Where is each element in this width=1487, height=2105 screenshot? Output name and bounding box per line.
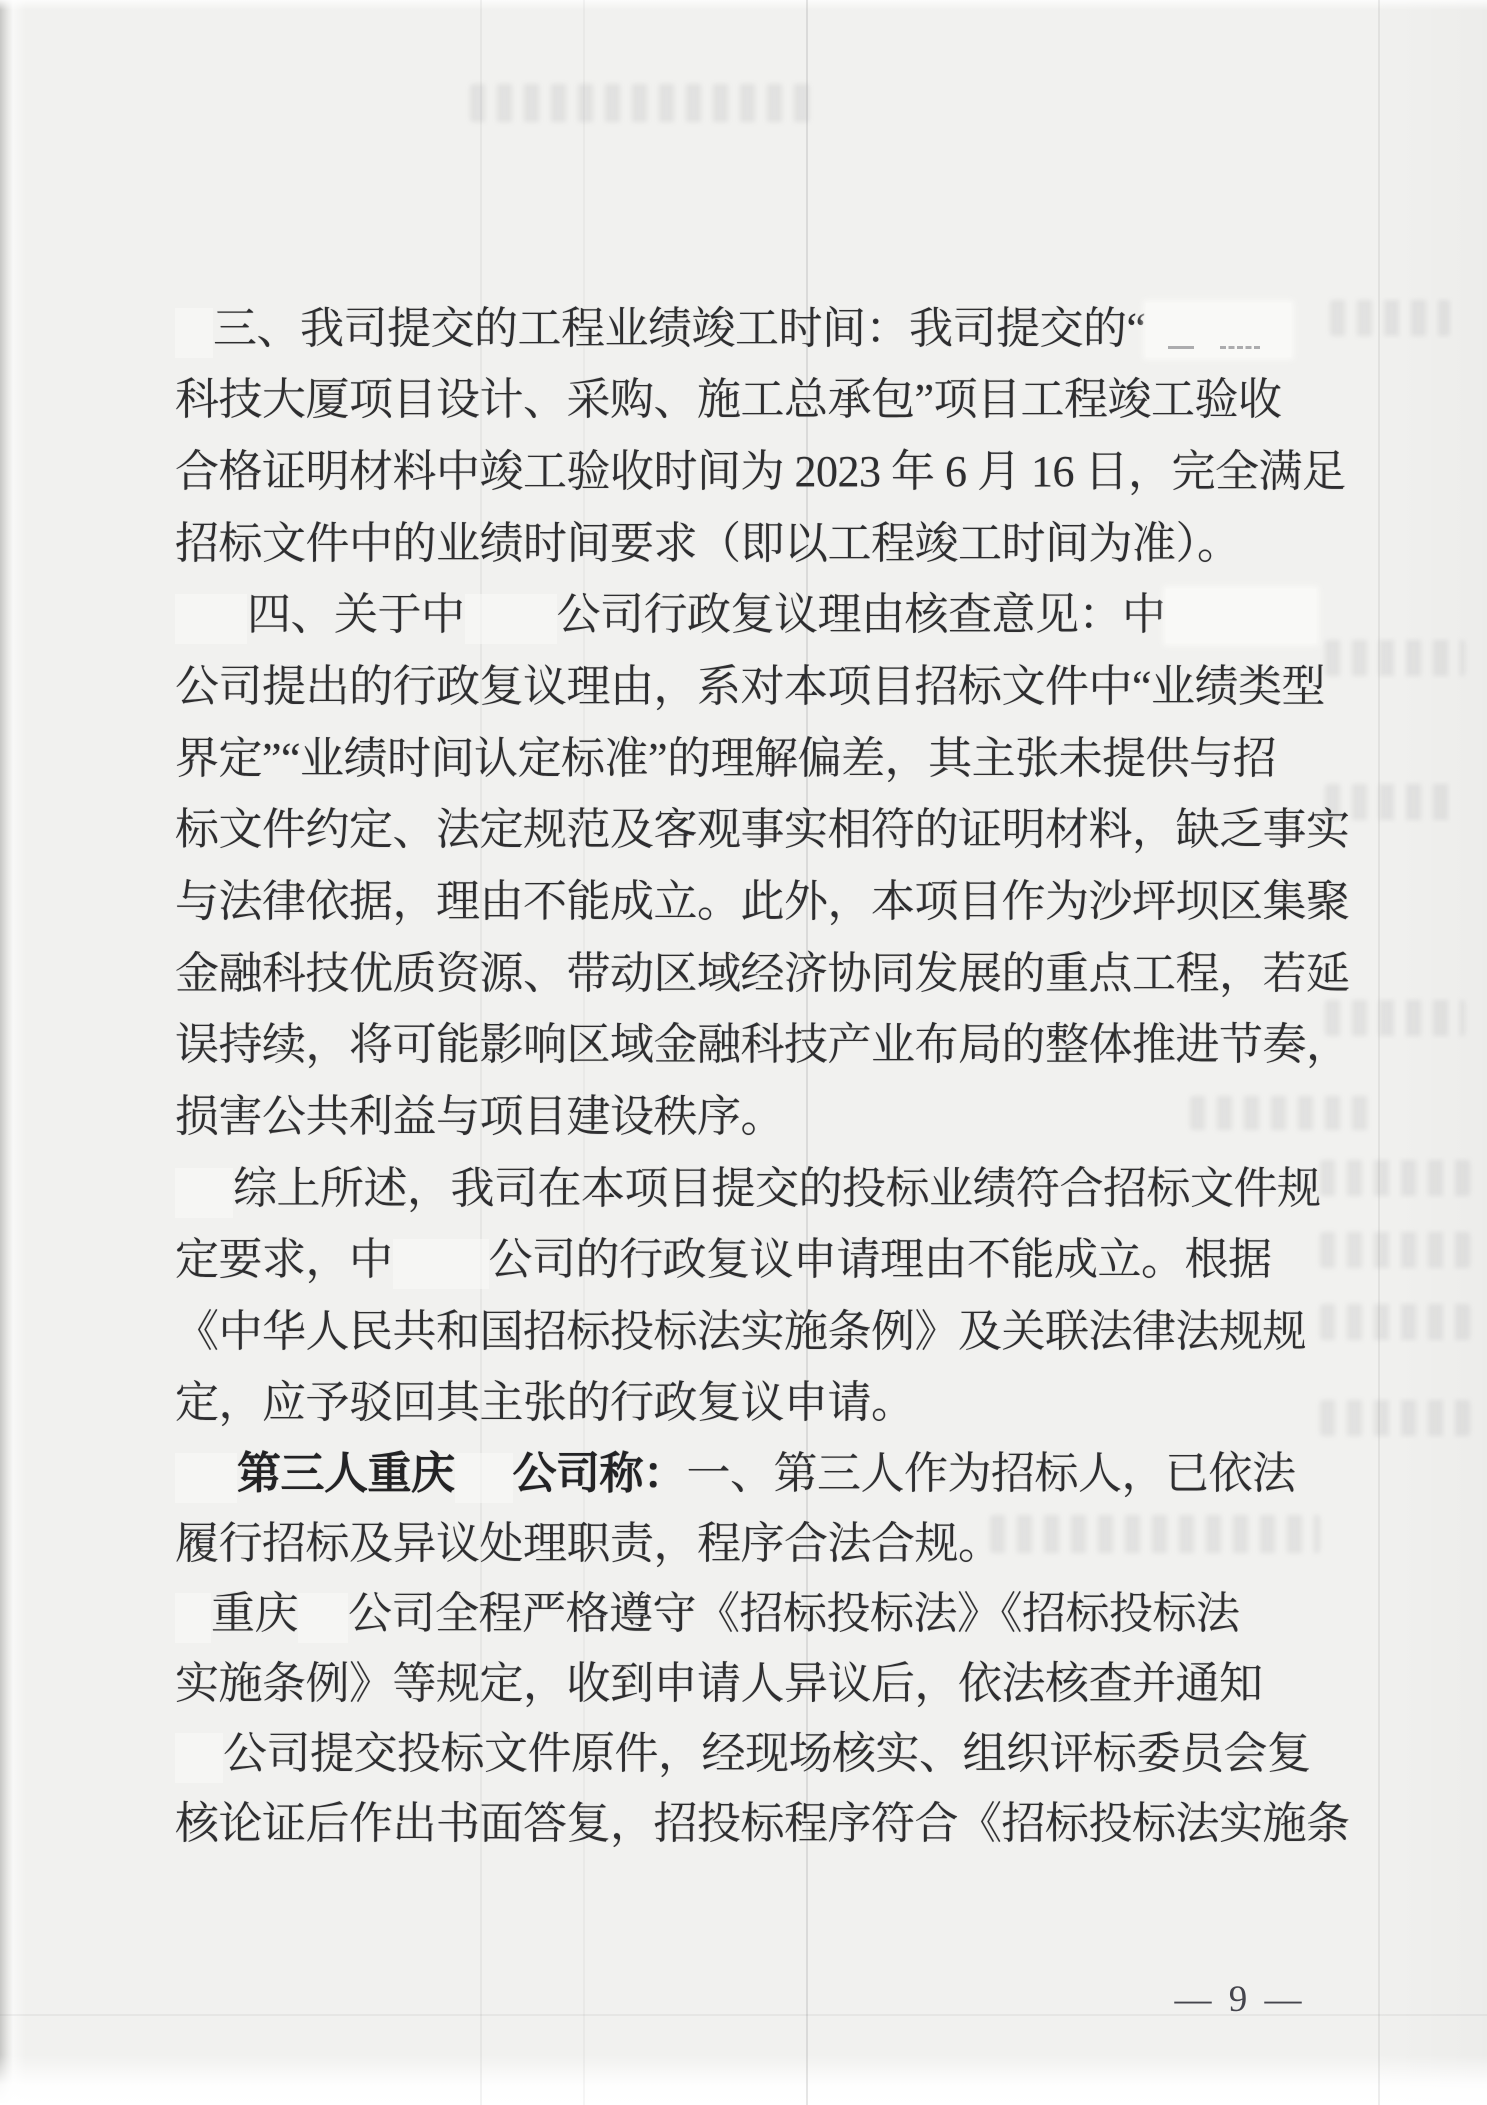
text-segment: 公司全程严格遵守《招标投标法》《招标投标法 — [348, 1589, 1240, 1638]
text-segment: 综上所述，我司在本项目提交的投标业绩符合招标文件规 — [233, 1164, 1321, 1213]
text-segment: 误持续，将可能影响区域金融科技产业布局的整体推进节奏， — [175, 1020, 1350, 1069]
redacted-name-gap — [465, 594, 557, 644]
text-segment: 合格证明材料中竣工验收时间为 2023 年 6 月 16 日，完全满足 — [175, 447, 1346, 496]
text-line-22: 核论证后作出书面答复，招投标程序符合《招标投标法实施条 — [175, 1787, 1350, 1845]
text-segment: 金融科技优质资源、带动区域经济协同发展的重点工程，若延 — [175, 949, 1350, 998]
text-line-7: 界定”“业绩时间认定标准”的理解偏差，其主张未提供与招 — [175, 722, 1276, 780]
text-line-8: 标文件约定、法定规范及客观事实相符的证明材料，缺乏事实 — [175, 793, 1350, 851]
redacted-name-gap — [175, 594, 247, 644]
text-line-10: 金融科技优质资源、带动区域经济协同发展的重点工程，若延 — [175, 937, 1350, 995]
text-segment: 定要求，中 — [175, 1235, 393, 1284]
text-segment: 公司行政复议理由核查意见：中 — [557, 590, 1166, 639]
text-segment: 标文件约定、法定规范及客观事实相符的证明材料，缺乏事实 — [175, 805, 1350, 854]
redacted-name-gap — [298, 1593, 348, 1643]
text-line-16: 定，应予驳回其主张的行政复议申请。 — [175, 1366, 915, 1424]
text-line-17: 第三人重庆公司称：一、第三人作为招标人，已依法 — [175, 1437, 1296, 1495]
redacted-name-gap — [175, 308, 213, 358]
redacted-name-gap — [393, 1239, 489, 1289]
text-segment: 界定”“业绩时间认定标准”的理解偏差，其主张未提供与招 — [175, 734, 1276, 783]
text-segment: 实施条例》等规定，收到申请人异议后，依法核查并通知 — [175, 1659, 1263, 1708]
text-segment: 《中华人民共和国招标投标法实施条例》及关联法律法规规 — [175, 1307, 1306, 1356]
page-number: — 9 — — [1140, 1978, 1340, 2021]
text-line-6: 公司提出的行政复议理由，系对本项目招标文件中“业绩类型 — [175, 650, 1325, 708]
text-segment: 履行招标及异议处理职责，程序合法合规。 — [175, 1519, 1002, 1568]
text-line-4: 招标文件中的业绩时间要求（即以工程竣工时间为准）。 — [175, 507, 1241, 565]
text-segment: 公司提出的行政复议理由，系对本项目招标文件中“业绩类型 — [175, 662, 1325, 711]
redaction-box — [1166, 589, 1316, 643]
text-line-19: 重庆公司全程严格遵守《招标投标法》《招标投标法 — [175, 1577, 1240, 1635]
text-segment: 公司的行政复议申请理由不能成立。根据 — [489, 1235, 1272, 1284]
text-segment: 一、第三人作为招标人，已依法 — [687, 1449, 1296, 1498]
text-segment: 与法律依据，理由不能成立。此外，本项目作为沙坪坝区集聚 — [175, 877, 1350, 926]
text-segment: 损害公共利益与项目建设秩序。 — [175, 1092, 784, 1141]
redaction-box — [1146, 303, 1291, 357]
text-line-11: 误持续，将可能影响区域金融科技产业布局的整体推进节奏， — [175, 1008, 1350, 1066]
text-segment: 三、我司提交的工程业绩竣工时间：我司提交的“ — [213, 304, 1146, 353]
text-segment: 四、关于中 — [247, 590, 465, 639]
text-line-14: 定要求，中公司的行政复议申请理由不能成立。根据 — [175, 1223, 1272, 1281]
text-line-5: 四、关于中公司行政复议理由核查意见：中 — [175, 578, 1316, 636]
text-line-18: 履行招标及异议处理职责，程序合法合规。 — [175, 1507, 1002, 1565]
redacted-name-gap — [175, 1168, 233, 1218]
text-segment: 招标文件中的业绩时间要求（即以工程竣工时间为准）。 — [175, 519, 1241, 568]
text-line-12: 损害公共利益与项目建设秩序。 — [175, 1080, 784, 1138]
text-line-21: 公司提交投标文件原件，经现场核实、组织评标委员会复 — [175, 1717, 1311, 1775]
text-line-9: 与法律依据，理由不能成立。此外，本项目作为沙坪坝区集聚 — [175, 865, 1350, 923]
text-line-15: 《中华人民共和国招标投标法实施条例》及关联法律法规规 — [175, 1295, 1306, 1353]
redacted-name-gap — [175, 1453, 237, 1503]
text-segment: 定，应予驳回其主张的行政复议申请。 — [175, 1378, 915, 1427]
text-segment: 科技大厦项目设计、采购、施工总承包”项目工程竣工验收 — [175, 375, 1282, 424]
text-line-2: 科技大厦项目设计、采购、施工总承包”项目工程竣工验收 — [175, 363, 1282, 421]
bold-text-segment: 第三人重庆 — [237, 1449, 455, 1498]
text-line-13: 综上所述，我司在本项目提交的投标业绩符合招标文件规 — [175, 1152, 1321, 1210]
redacted-name-gap — [175, 1733, 223, 1783]
redacted-name-gap — [175, 1593, 211, 1643]
text-line-3: 合格证明材料中竣工验收时间为 2023 年 6 月 16 日，完全满足 — [175, 435, 1346, 493]
redacted-name-gap — [455, 1453, 513, 1503]
bold-text-segment: 公司称： — [513, 1449, 687, 1498]
text-line-20: 实施条例》等规定，收到申请人异议后，依法核查并通知 — [175, 1647, 1263, 1705]
text-segment: 公司提交投标文件原件，经现场核实、组织评标委员会复 — [223, 1729, 1311, 1778]
text-segment: 核论证后作出书面答复，招投标程序符合《招标投标法实施条 — [175, 1799, 1350, 1848]
text-line-1: 三、我司提交的工程业绩竣工时间：我司提交的“ — [175, 292, 1291, 350]
text-segment: 重庆 — [211, 1589, 298, 1638]
